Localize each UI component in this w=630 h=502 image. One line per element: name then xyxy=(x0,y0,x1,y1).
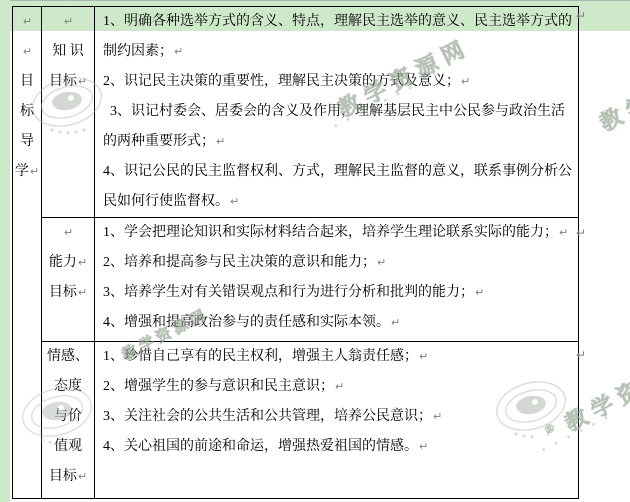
knowledge-goals-content-cell: 1、明确各种选举方式的含义、特点，理解民主选举的意义、民主选举方式的制约因素；↵… xyxy=(95,7,579,218)
paragraph-mark-icon: ↵ xyxy=(23,15,32,28)
teaching-goals-table: ↵↵目标导学↵↵知 识目标↵1、明确各种选举方式的含义、特点，理解民主选举的意义… xyxy=(12,6,579,499)
paragraph-mark-icon: ↵ xyxy=(419,350,428,363)
emotion-attitude-value-goals-content-line: 4、关心祖国的前途和命运，增强热爱祖国的情感。↵ xyxy=(95,432,578,462)
watermark-text: 教学资源网 xyxy=(594,110,630,141)
emotion-attitude-value-goals-content-line: 2、增强学生的参与意识和民主意识；↵ xyxy=(95,372,578,402)
ability-goals-content-line: 4、增强和提高政治参与的责任感和实际本领。↵ xyxy=(95,308,578,338)
ability-goals-content-line: 1、学会把理论知识和实际材料结合起来，培养学生理论联系实际的能力；↵ xyxy=(95,218,578,248)
paragraph-mark-icon: ↵ xyxy=(377,256,386,269)
ability-goals-content-cell: 1、学会把理论知识和实际材料结合起来，培养学生理论联系实际的能力；↵2、培养和提… xyxy=(95,218,579,342)
knowledge-goals-label-line: ↵ xyxy=(42,7,94,37)
paragraph-mark-icon: ↵ xyxy=(64,226,73,239)
paragraph-mark-icon: ↵ xyxy=(78,286,87,299)
paragraph-mark-icon: ↵ xyxy=(559,226,568,239)
goal-guide-char: 目 xyxy=(13,67,41,97)
table-row-knowledge-goals: ↵↵目标导学↵↵知 识目标↵1、明确各种选举方式的含义、特点，理解民主选举的意义… xyxy=(13,7,579,218)
emotion-attitude-value-goals-label-cell: 情感、态度与价值观目标↵ xyxy=(42,342,95,499)
goal-guide-char: ↵ xyxy=(13,37,41,67)
word-document-page: ↵↵目标导学↵↵知 识目标↵1、明确各种选举方式的含义、特点，理解民主选举的意义… xyxy=(0,0,630,502)
knowledge-goals-content-line: 4、识记公民的民主监督权利、方式，理解民主监督的意义，联系事例分析公 xyxy=(95,157,578,187)
paragraph-mark-icon: ↵ xyxy=(461,75,470,88)
ability-goals-label-line: ↵ xyxy=(42,218,94,248)
knowledge-goals-content-line: 的两种重要形式；↵ xyxy=(95,127,578,157)
knowledge-goals-content-line: 2、识记民主决策的重要性，理解民主决策的方式及意义；↵ xyxy=(95,67,578,97)
paragraph-mark-icon: ↵ xyxy=(64,15,73,28)
emotion-attitude-value-goals-label-line: 情感、 xyxy=(42,342,94,372)
ability-goals-content-line: 3、培养学生对有关错误观点和行为进行分析和批判的能力；↵ xyxy=(95,278,578,308)
goal-guide-header-cell: ↵↵目标导学↵ xyxy=(13,7,42,499)
paragraph-mark-icon: ↵ xyxy=(78,75,87,88)
goal-guide-char: ↵ xyxy=(13,7,41,37)
ability-goals-label-line: 目标↵ xyxy=(42,278,94,308)
knowledge-goals-label-line: 知 识 xyxy=(42,37,94,67)
paragraph-mark-icon: ↵ xyxy=(335,380,344,393)
paragraph-mark-icon: ↵ xyxy=(419,440,428,453)
paragraph-mark-icon: ↵ xyxy=(475,286,484,299)
paragraph-mark: ↵ xyxy=(576,226,586,240)
emotion-attitude-value-goals-label-line: 值观 xyxy=(42,432,94,462)
paragraph-mark-icon: ↵ xyxy=(216,135,225,148)
page-margin-band-left xyxy=(0,0,10,502)
goal-guide-char: 导 xyxy=(13,127,41,157)
paragraph-mark-icon: ↵ xyxy=(30,165,39,178)
emotion-attitude-value-goals-label-line: 目标↵ xyxy=(42,462,94,492)
ability-goals-label-cell: ↵能力↵目标↵ xyxy=(42,218,95,342)
ability-goals-label-line: 能力↵ xyxy=(42,248,94,278)
goal-guide-char: 标 xyxy=(13,97,41,127)
paragraph-mark: ↵ xyxy=(576,348,586,362)
emotion-attitude-value-goals-label-line: 态度 xyxy=(42,372,94,402)
knowledge-goals-content-line: 1、明确各种选举方式的含义、特点，理解民主选举的意义、民主选举方式的 xyxy=(95,7,578,37)
table-row-emotion-attitude-value-goals: 情感、态度与价值观目标↵1、珍惜自己享有的民主权利，增强主人翁责任感；↵2、增强… xyxy=(13,342,579,499)
paragraph-mark-icon: ↵ xyxy=(78,470,87,483)
knowledge-goals-content-line: 制约因素；↵ xyxy=(95,37,578,67)
goal-guide-char: 学↵ xyxy=(13,157,41,187)
knowledge-goals-content-line: 民如何行使监督权。↵ xyxy=(95,187,578,217)
paragraph-mark: ↵ xyxy=(576,9,586,23)
paragraph-mark-icon: ↵ xyxy=(391,316,400,329)
table-row-ability-goals: ↵能力↵目标↵1、学会把理论知识和实际材料结合起来，培养学生理论联系实际的能力；… xyxy=(13,218,579,342)
knowledge-goals-label-cell: ↵知 识目标↵ xyxy=(42,7,95,218)
emotion-attitude-value-goals-content-line: 1、珍惜自己享有的民主权利，增强主人翁责任感；↵ xyxy=(95,342,578,372)
paragraph-mark-icon: ↵ xyxy=(23,45,32,58)
ability-goals-content-line: 2、培养和提高参与民主决策的意识和能力；↵ xyxy=(95,248,578,278)
emotion-attitude-value-goals-label-line: 与价 xyxy=(42,402,94,432)
knowledge-goals-label-line: 目标↵ xyxy=(42,67,94,97)
knowledge-goals-content-line: 3、识记村委会、居委会的含义及作用，理解基层民主中公民参与政治生活 xyxy=(95,97,578,127)
paragraph-mark-icon: ↵ xyxy=(174,45,183,58)
paragraph-mark-icon: ↵ xyxy=(433,410,442,423)
emotion-attitude-value-goals-content-line: 3、关注社会的公共生活和公共管理，培养公民意识；↵ xyxy=(95,402,578,432)
paragraph-mark-icon: ↵ xyxy=(230,195,239,208)
paragraph-mark-icon: ↵ xyxy=(78,256,87,269)
emotion-attitude-value-goals-content-cell: 1、珍惜自己享有的民主权利，增强主人翁责任感；↵2、增强学生的参与意识和民主意识… xyxy=(95,342,579,499)
